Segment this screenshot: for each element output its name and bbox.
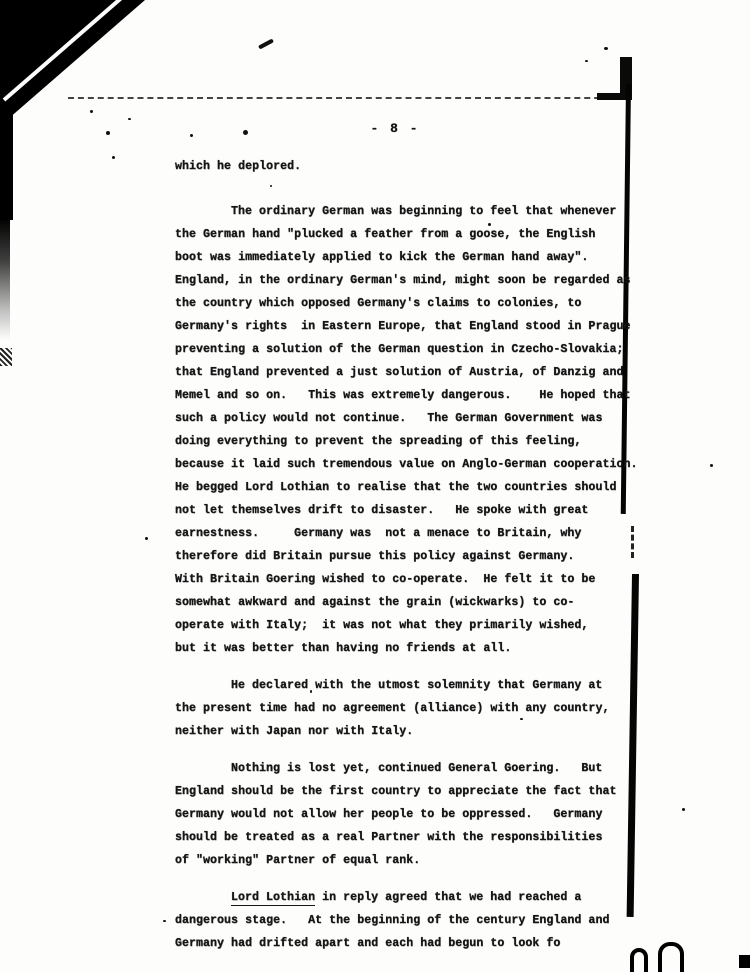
text-line: that England prevented a just solution o… <box>175 361 637 384</box>
text-line: With Britain Goering wished to co-operat… <box>175 568 637 591</box>
text-line: Memel and so on. This was extremely dang… <box>175 384 637 407</box>
paper-speck <box>112 156 115 159</box>
paper-speck <box>128 118 131 120</box>
text-line: of "working" Partner of equal rank. <box>175 849 637 872</box>
bottom-right-square-artifact <box>739 955 750 968</box>
text-line: He declared with the utmost solemnity th… <box>175 674 637 697</box>
paragraph-0: which he deplored. <box>175 155 637 178</box>
text-line: therefore did Britain pursue this policy… <box>175 545 637 568</box>
page-number: - 8 - <box>175 121 615 136</box>
text-line: doing everything to prevent the spreadin… <box>175 430 637 453</box>
left-edge-scan-artifact <box>0 112 13 220</box>
text-line: Germany's rights in Eastern Europe, that… <box>175 315 637 338</box>
text-line: Nothing is lost yet, continued General G… <box>175 757 637 780</box>
text-line: dangerous stage. At the beginning of the… <box>175 909 637 932</box>
paragraph-3: Nothing is lost yet, continued General G… <box>175 757 637 872</box>
paper-speck <box>604 47 608 50</box>
text-line: preventing a solution of the German ques… <box>175 338 637 361</box>
text-line: boot was immediately applied to kick the… <box>175 246 637 269</box>
left-edge-smudge <box>0 348 12 366</box>
text-line: but it was better than having no friends… <box>175 637 637 660</box>
paragraph-1: The ordinary German was beginning to fee… <box>175 200 637 660</box>
top-dashed-rule-artifact <box>68 97 620 99</box>
text-line: the country which opposed Germany's clai… <box>175 292 637 315</box>
paper-speck <box>585 60 588 62</box>
text-line: which he deplored. <box>175 155 637 178</box>
handwritten-loop-right <box>658 942 684 972</box>
paper-speck <box>106 131 110 135</box>
document-text-body: which he deplored.The ordinary German wa… <box>175 155 637 969</box>
text-line: somewhat awkward and against the grain (… <box>175 591 637 614</box>
paper-speck <box>145 537 148 540</box>
text-line: Lord Lothian in reply agreed that we had… <box>175 886 637 909</box>
paper-speck <box>710 464 713 467</box>
text-line: The ordinary German was beginning to fee… <box>175 200 637 223</box>
left-edge-scan-fade <box>0 218 10 340</box>
underlined-text: Lord Lothian <box>231 891 315 906</box>
text-line: Germany would not allow her people to be… <box>175 803 637 826</box>
text-line: operate with Italy; it was not what they… <box>175 614 637 637</box>
paragraph-4: Lord Lothian in reply agreed that we had… <box>175 886 637 955</box>
text-line: neither with Japan nor with Italy. <box>175 720 637 743</box>
paper-speck <box>90 110 93 113</box>
text-line: because it laid such tremendous value on… <box>175 453 637 476</box>
text-line: England should be the first country to a… <box>175 780 637 803</box>
text-line: the German hand "plucked a feather from … <box>175 223 637 246</box>
text-line: should be treated as a real Partner with… <box>175 826 637 849</box>
paper-speck <box>682 808 685 811</box>
text-line: the present time had no agreement (allia… <box>175 697 637 720</box>
text-line: such a policy would not continue. The Ge… <box>175 407 637 430</box>
text-line: earnestness. Germany was not a menace to… <box>175 522 637 545</box>
text-line: Germany had drifted apart and each had b… <box>175 932 637 955</box>
text-line: He begged Lord Lothian to realise that t… <box>175 476 637 499</box>
scanned-document-page: - 8 - which he deplored.The ordinary Ger… <box>0 0 750 972</box>
corner-fold-highlight-2 <box>36 79 146 130</box>
pen-tick-mark <box>258 38 274 49</box>
paper-speck <box>163 920 166 922</box>
text-line: not let themselves drift to disaster. He… <box>175 499 637 522</box>
text-line: England, in the ordinary German's mind, … <box>175 269 637 292</box>
paragraph-2: He declared with the utmost solemnity th… <box>175 674 637 743</box>
